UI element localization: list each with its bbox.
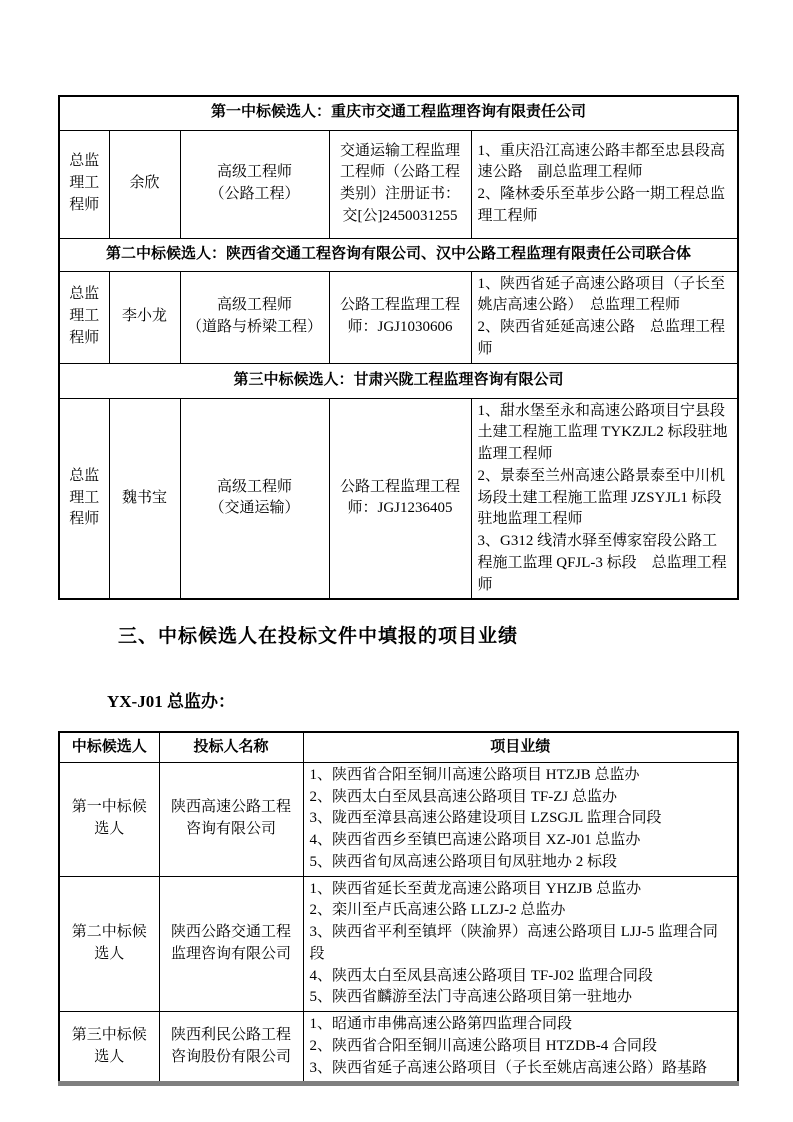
section3-title: 高级工程师 （交通运输）: [180, 398, 329, 599]
col-header-bidder: 投标人名称: [159, 732, 303, 762]
col-header-projects: 项目业绩: [303, 732, 738, 762]
subsection-heading: YX-J01 总监办：: [107, 687, 737, 712]
project-item: 2、景泰至兰州高速公路景泰至中川机场段土建工程施工监理 JZSYJL1 标段 驻…: [478, 466, 732, 531]
section3-header: 第三中标候选人：甘肃兴陇工程监理咨询有限公司: [59, 363, 738, 398]
performance-row-3: 第三中标候选人 陕西利民公路工程咨询股份有限公司 1、昭通市串佛高速公路第四监理…: [59, 1012, 738, 1084]
section2-title: 高级工程师 （道路与桥梁工程）: [180, 271, 329, 363]
row2-candidate: 第二中标候选人: [59, 876, 159, 1012]
project-item: 1、甜水堡至永和高速公路项目宁县段土建工程施工监理 TYKZJL2 标段驻地监理…: [478, 401, 732, 466]
section1-title: 高级工程师 （公路工程）: [180, 130, 329, 238]
section-heading: 三、中标候选人在投标文件中填报的项目业绩: [118, 621, 737, 648]
project-item: 5、陕西省旬凤高速公路项目旬凤驻地办 2 标段: [310, 852, 732, 874]
section1-name: 余欣: [109, 130, 180, 238]
performance-row-2: 第二中标候选人 陕西公路交通工程监理咨询有限公司 1、陕西省延长至黄龙高速公路项…: [59, 876, 738, 1012]
candidates-table: 第一中标候选人：重庆市交通工程监理咨询有限责任公司 总监理工程师 余欣 高级工程…: [58, 95, 739, 600]
row1-bidder: 陕西高速公路工程咨询有限公司: [159, 762, 303, 876]
row3-projects: 1、昭通市串佛高速公路第四监理合同段 2、陕西省合阳至铜川高速公路项目 HTZD…: [303, 1012, 738, 1084]
project-item: 4、陕西太白至凤县高速公路项目 TF-J02 监理合同段: [310, 966, 732, 988]
section2-projects: 1、陕西省延子高速公路项目（子长至姚店高速公路） 总监理工程师 2、陕西省延延高…: [471, 271, 738, 363]
section1-certificate: 交通运输工程监理工程师（公路工程类别）注册证书：交[公]2450031255: [329, 130, 471, 238]
row2-bidder: 陕西公路交通工程监理咨询有限公司: [159, 876, 303, 1012]
project-item: 2、陕西省延延高速公路 总监理工程师: [478, 317, 732, 361]
section1-projects: 1、重庆沿江高速公路丰都至忠县段高速公路 副总监理工程师 2、隆林委乐至革步公路…: [471, 130, 738, 238]
section1-role: 总监理工程师: [59, 130, 109, 238]
document-page: 第一中标候选人：重庆市交通工程监理咨询有限责任公司 总监理工程师 余欣 高级工程…: [0, 0, 793, 1122]
project-item: 1、重庆沿江高速公路丰都至忠县段高速公路 副总监理工程师: [478, 141, 732, 185]
project-item: 2、陕西省合阳至铜川高速公路项目 HTZDB-4 合同段: [310, 1036, 732, 1058]
section2-name: 李小龙: [109, 271, 180, 363]
performance-header-row: 中标候选人 投标人名称 项目业绩: [59, 732, 738, 762]
section1-header: 第一中标候选人：重庆市交通工程监理咨询有限责任公司: [59, 96, 738, 130]
project-item: 3、G312 线清水驿至傅家窑段公路工程施工监理 QFJL-3 标段 总监理工程…: [478, 531, 732, 596]
section2-header-row: 第二中标候选人：陕西省交通工程咨询有限公司、汉中公路工程监理有限责任公司联合体: [59, 238, 738, 271]
section2-certificate: 公路工程监理工程师：JGJ1030606: [329, 271, 471, 363]
row1-candidate: 第一中标候选人: [59, 762, 159, 876]
project-item: 1、陕西省延长至黄龙高速公路项目 YHZJB 总监办: [310, 879, 732, 901]
section3-projects: 1、甜水堡至永和高速公路项目宁县段土建工程施工监理 TYKZJL2 标段驻地监理…: [471, 398, 738, 599]
project-item: 2、栾川至卢氏高速公路 LLZJ-2 总监办: [310, 900, 732, 922]
performance-row-1: 第一中标候选人 陕西高速公路工程咨询有限公司 1、陕西省合阳至铜川高速公路项目 …: [59, 762, 738, 876]
project-item: 2、陕西太白至凤县高速公路项目 TF-ZJ 总监办: [310, 787, 732, 809]
project-item: 1、陕西省合阳至铜川高速公路项目 HTZJB 总监办: [310, 765, 732, 787]
section3-certificate: 公路工程监理工程师：JGJ1236405: [329, 398, 471, 599]
project-item: 3、陕西省平利至镇坪（陕渝界）高速公路项目 LJJ-5 监理合同段: [310, 922, 732, 966]
page-content: 第一中标候选人：重庆市交通工程监理咨询有限责任公司 总监理工程师 余欣 高级工程…: [0, 0, 793, 1086]
section3-role: 总监理工程师: [59, 398, 109, 599]
section3-data-row: 总监理工程师 魏书宝 高级工程师 （交通运输） 公路工程监理工程师：JGJ123…: [59, 398, 738, 599]
section1-data-row: 总监理工程师 余欣 高级工程师 （公路工程） 交通运输工程监理工程师（公路工程类…: [59, 130, 738, 238]
project-item: 5、陕西省麟游至法门寺高速公路项目第一驻地办: [310, 987, 732, 1009]
project-item: 3、陕西省延子高速公路项目（子长至姚店高速公路）路基路: [310, 1058, 732, 1080]
row3-candidate: 第三中标候选人: [59, 1012, 159, 1084]
section1-header-row: 第一中标候选人：重庆市交通工程监理咨询有限责任公司: [59, 96, 738, 130]
project-item: 1、陕西省延子高速公路项目（子长至姚店高速公路） 总监理工程师: [478, 274, 732, 318]
section2-role: 总监理工程师: [59, 271, 109, 363]
project-item: 1、昭通市串佛高速公路第四监理合同段: [310, 1014, 732, 1036]
performance-table: 中标候选人 投标人名称 项目业绩 第一中标候选人 陕西高速公路工程咨询有限公司 …: [58, 731, 739, 1086]
row3-bidder: 陕西利民公路工程咨询股份有限公司: [159, 1012, 303, 1084]
col-header-candidate: 中标候选人: [59, 732, 159, 762]
project-item: 2、隆林委乐至革步公路一期工程总监理工程师: [478, 184, 732, 228]
project-item: 4、陕西省西乡至镇巴高速公路项目 XZ-J01 总监办: [310, 830, 732, 852]
project-item: 3、陇西至漳县高速公路建设项目 LZSGJL 监理合同段: [310, 808, 732, 830]
section2-data-row: 总监理工程师 李小龙 高级工程师 （道路与桥梁工程） 公路工程监理工程师：JGJ…: [59, 271, 738, 363]
section2-header: 第二中标候选人：陕西省交通工程咨询有限公司、汉中公路工程监理有限责任公司联合体: [59, 238, 738, 271]
row2-projects: 1、陕西省延长至黄龙高速公路项目 YHZJB 总监办 2、栾川至卢氏高速公路 L…: [303, 876, 738, 1012]
section3-header-row: 第三中标候选人：甘肃兴陇工程监理咨询有限公司: [59, 363, 738, 398]
row1-projects: 1、陕西省合阳至铜川高速公路项目 HTZJB 总监办 2、陕西太白至凤县高速公路…: [303, 762, 738, 876]
section3-name: 魏书宝: [109, 398, 180, 599]
